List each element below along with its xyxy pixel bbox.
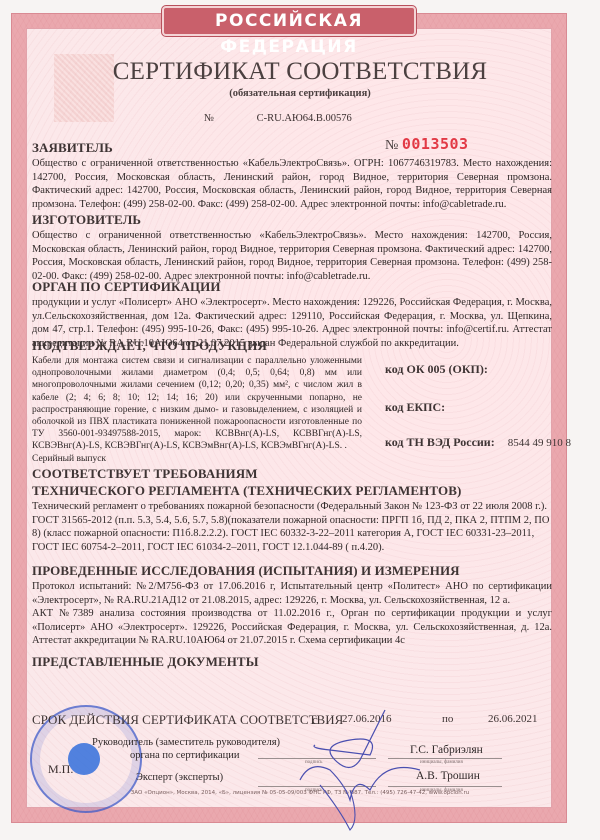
- country-banner: РОССИЙСКАЯ ФЕДЕРАЦИЯ: [162, 6, 416, 36]
- requirements-section: СООТВЕТСТВУЕТ ТРЕБОВАНИЯМ ТЕХНИЧЕСКОГО Р…: [32, 466, 552, 554]
- head-name: Г.С. Габриэлян: [410, 744, 483, 756]
- documents-heading: ПРЕДСТАВЛЕННЫЕ ДОКУМЕНТЫ: [32, 654, 552, 670]
- applicant-text: Общество с ограниченной ответственностью…: [32, 157, 552, 211]
- requirements-heading: СООТВЕТСТВУЕТ ТРЕБОВАНИЯМ: [32, 466, 552, 482]
- certificate-number-label: №: [204, 113, 214, 124]
- expert-name-line: [388, 786, 502, 787]
- manufacturer-section: ИЗГОТОВИТЕЛЬ Общество с ограниченной отв…: [32, 212, 552, 283]
- certificate-number-value: C-RU.АЮ64.В.00576: [257, 113, 352, 124]
- product-heading: ПОДТВЕРЖДАЕТ, ЧТО ПРОДУКЦИЯ: [32, 338, 552, 354]
- tests-heading: ПРОВЕДЕННЫЕ ИССЛЕДОВАНИЯ (ИСПЫТАНИЯ) И И…: [32, 563, 552, 579]
- certificate-title: СЕРТИФИКАТ СООТВЕТСТВИЯ: [0, 58, 600, 86]
- code-ekps-label: код ЕКПС:: [385, 400, 445, 414]
- applicant-heading: ЗАЯВИТЕЛЬ: [32, 140, 552, 156]
- certificate-subtitle: (обязательная сертификация): [0, 88, 600, 99]
- seal-label: М.П.: [48, 762, 73, 777]
- head-sign-caption: подпись: [305, 760, 322, 765]
- head-role-label: Руководитель (заместитель руководителя): [92, 737, 280, 748]
- expert-signature-line: [258, 786, 376, 787]
- printer-footer: ЗАО «Опцион», Москва, 2014, «Б», лицензи…: [0, 790, 600, 796]
- validity-from-label: с: [312, 712, 318, 728]
- tests-act-text: АКТ №7389 анализа состояния производства…: [32, 607, 552, 648]
- validity-from-date: 27.06.2016: [342, 713, 392, 725]
- requirements-subheading: ТЕХНИЧЕСКОГО РЕГЛАМЕНТА (ТЕХНИЧЕСКИХ РЕГ…: [32, 483, 552, 499]
- code-tnved-value: 8544 49 910 8: [508, 437, 571, 449]
- manufacturer-heading: ИЗГОТОВИТЕЛЬ: [32, 212, 552, 228]
- certification-body-heading: ОРГАН ПО СЕРТИФИКАЦИИ: [32, 279, 552, 295]
- applicant-section: ЗАЯВИТЕЛЬ Общество с ограниченной ответс…: [32, 140, 552, 211]
- code-okp-label: код ОК 005 (ОКП):: [385, 362, 488, 376]
- head-name-caption: инициалы, фамилия: [420, 760, 463, 765]
- code-tnved-label: код ТН ВЭД России:: [385, 435, 495, 449]
- manufacturer-text: Общество с ограниченной ответственностью…: [32, 229, 552, 283]
- product-release: Серийный выпуск: [32, 453, 362, 465]
- validity-to-date: 26.06.2021: [488, 713, 538, 725]
- head-role-label-line2: органа по сертификации: [130, 750, 240, 761]
- head-signature-line: [258, 758, 376, 759]
- expert-role-label: Эксперт (эксперты): [136, 772, 223, 783]
- tests-section: ПРОВЕДЕННЫЕ ИССЛЕДОВАНИЯ (ИСПЫТАНИЯ) И И…: [32, 563, 552, 648]
- product-text: Кабели для монтажа систем связи и сигнал…: [32, 355, 362, 453]
- certificate-number: № C-RU.АЮ64.В.00576: [204, 113, 352, 124]
- validity-label: СРОК ДЕЙСТВИЯ СЕРТИФИКАТА СООТВЕТСТВИЯ: [32, 712, 343, 728]
- requirements-text: Технический регламент о требованиях пожа…: [32, 500, 552, 554]
- code-okp: код ОК 005 (ОКП):: [385, 362, 498, 377]
- expert-name: А.В. Трошин: [416, 770, 480, 782]
- code-ekps: код ЕКПС:: [385, 400, 455, 415]
- code-tnved: код ТН ВЭД России: 8544 49 910 8: [385, 435, 571, 450]
- head-name-line: [388, 758, 502, 759]
- validity-to-label: по: [442, 713, 453, 725]
- tests-protocol-text: Протокол испытаний: №2/М756-ФЗ от 17.06.…: [32, 580, 552, 607]
- documents-section: ПРЕДСТАВЛЕННЫЕ ДОКУМЕНТЫ: [32, 654, 552, 671]
